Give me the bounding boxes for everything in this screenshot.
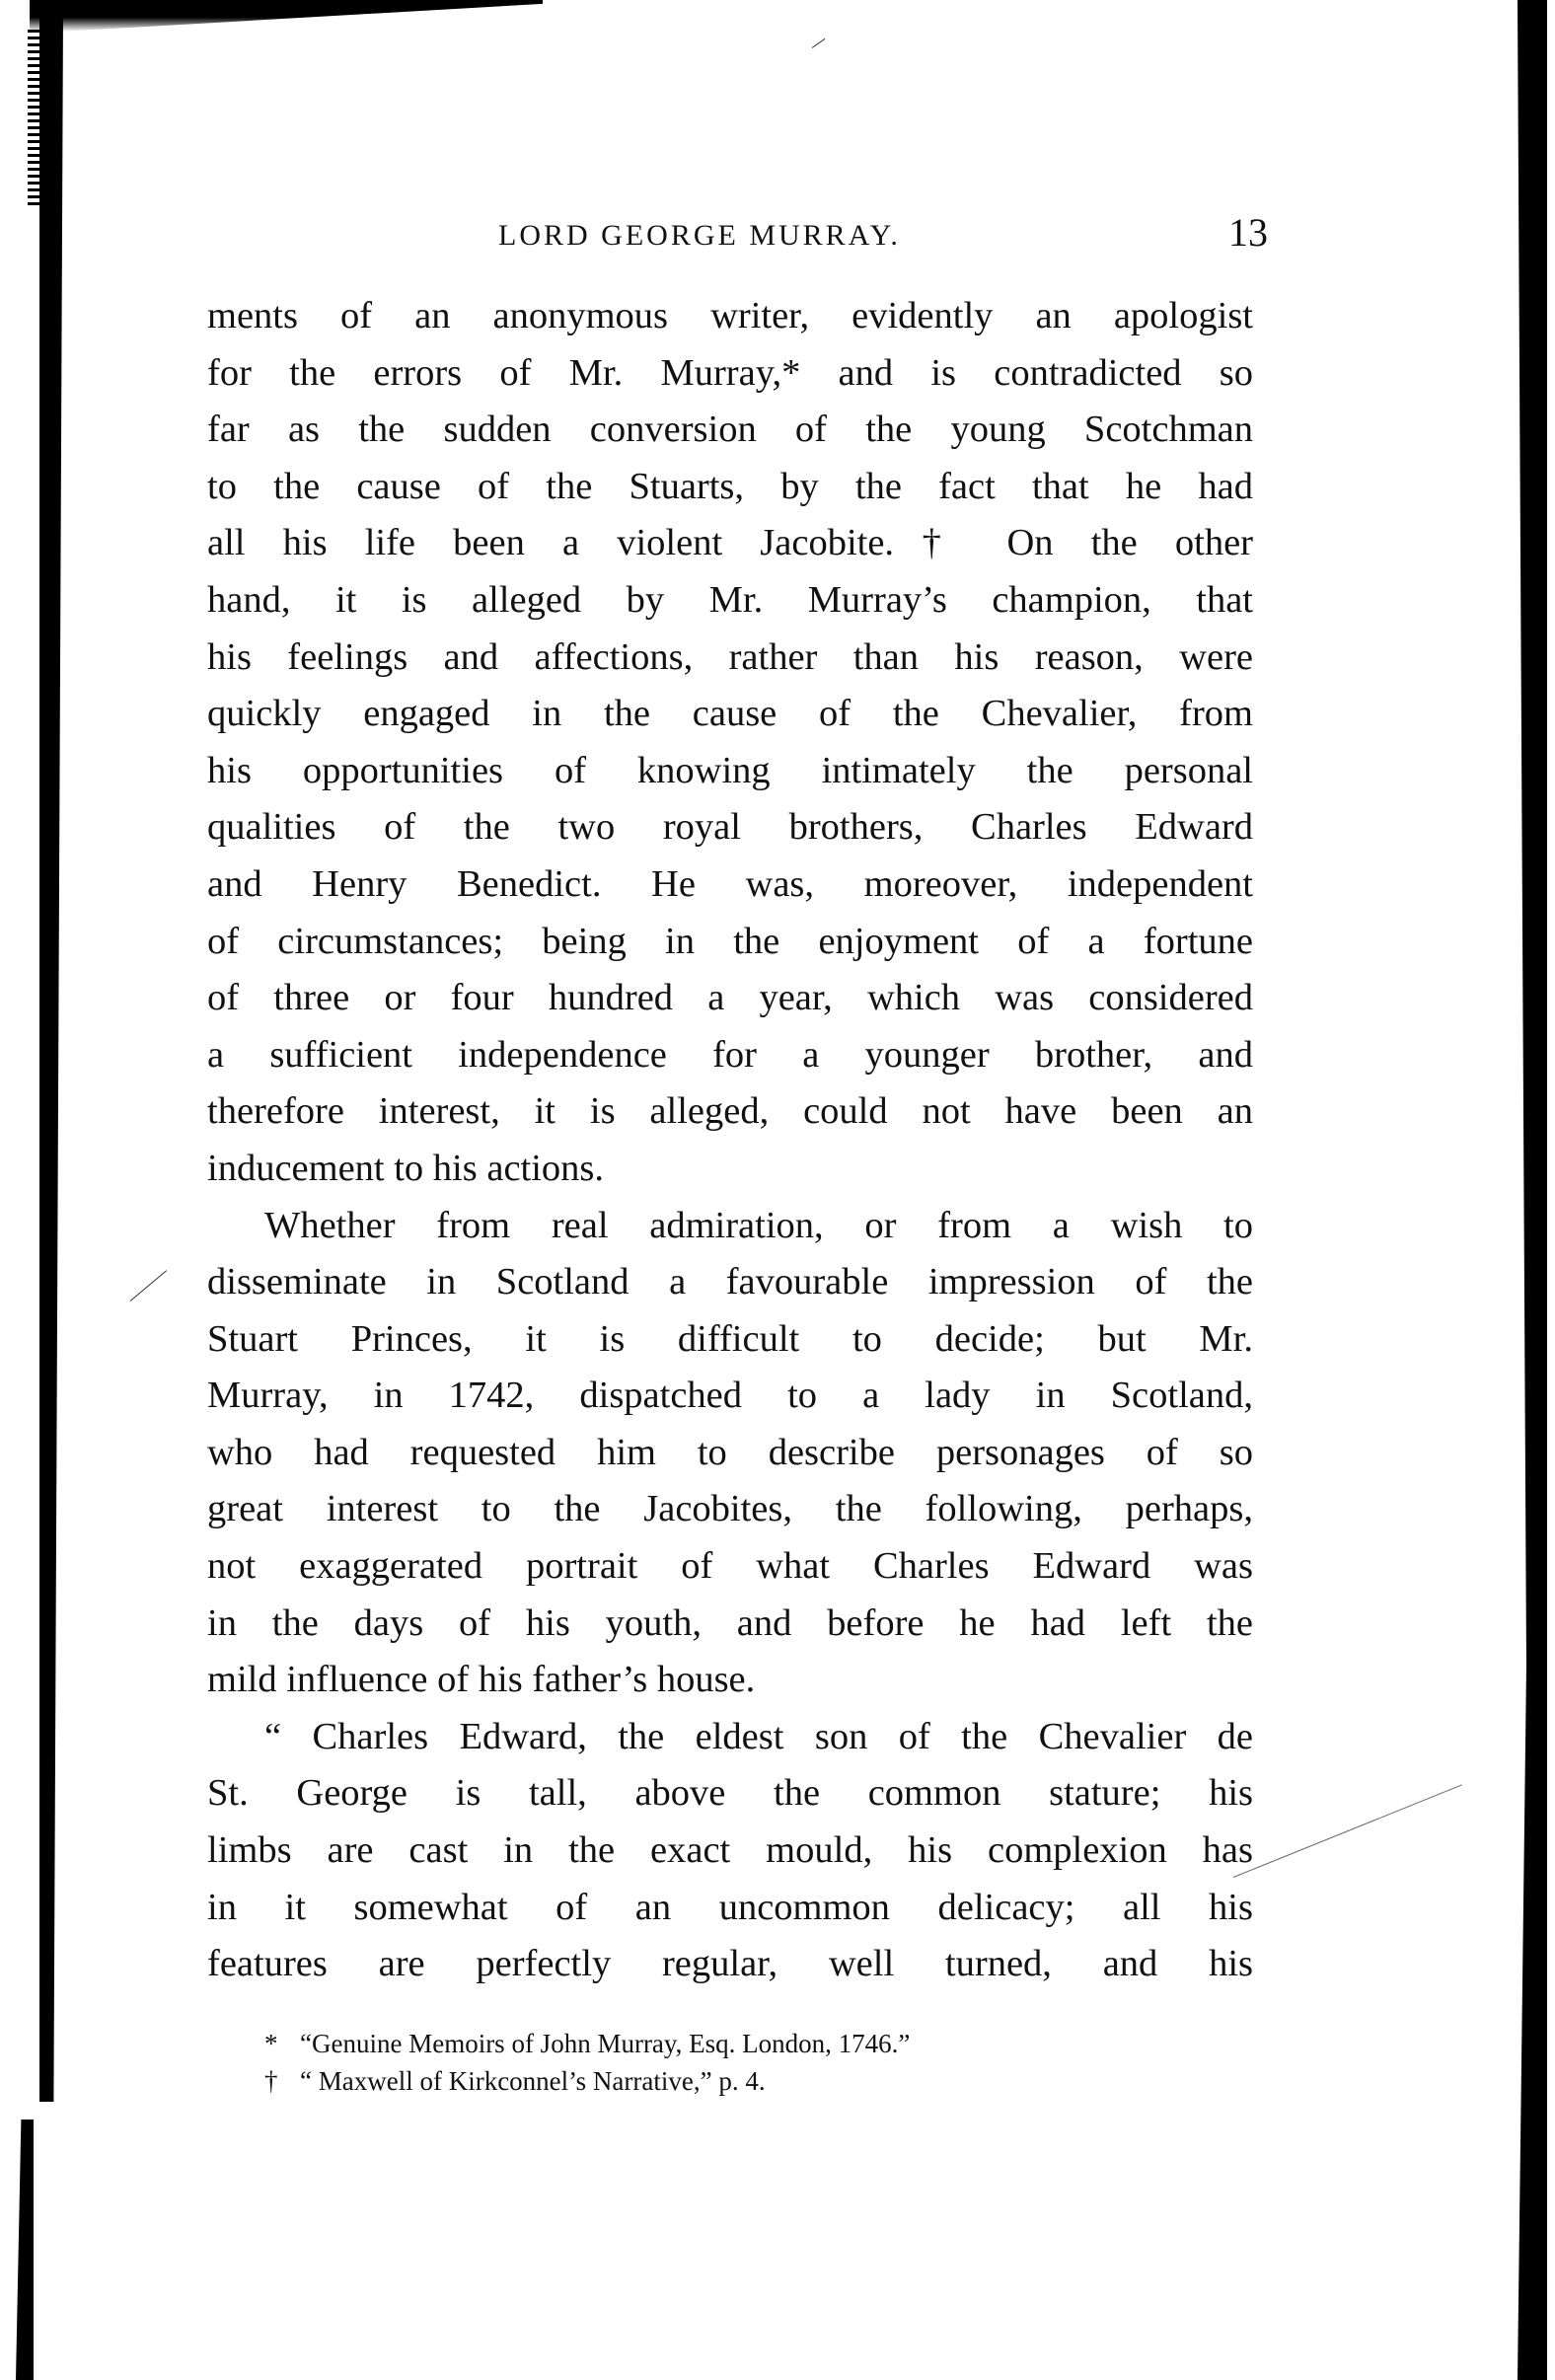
text-line: limbs are cast in the exact mould, his c… [207,1822,1253,1880]
footnotes: *“Genuine Memoirs of John Murray, Esq. L… [264,2025,1212,2100]
text-line: features are perfectly regular, well tur… [207,1936,1253,1993]
text-line: qualities of the two royal brothers, Cha… [207,799,1253,856]
footnote: *“Genuine Memoirs of John Murray, Esq. L… [264,2025,1212,2062]
text-line: therefore interest, it is alleged, could… [207,1083,1253,1141]
pencil-mark-right [1233,1784,1462,1878]
footnote-mark-dagger: † [264,2062,300,2100]
scan-edge-left-bottom [16,2120,34,2380]
running-head-title: LORD GEORGE MURRAY. [498,219,901,253]
text-line: far as the sudden conversion of the youn… [207,402,1253,459]
paragraph: “ Charles Edward, the eldest son of the … [207,1709,1253,1993]
text-line: all his life been a violent Jacobite.† O… [207,515,1253,572]
text-line: St. George is tall, above the common sta… [207,1765,1253,1822]
text-line: inducement to his actions. [207,1141,1253,1198]
footnote-text: “Genuine Memoirs of John Murray, Esq. Lo… [300,2029,910,2058]
pencil-mark-left [130,1270,167,1302]
footnote: †“ Maxwell of Kirkconnel’s Narrative,” p… [264,2062,1212,2100]
text-line: to the cause of the Stuarts, by the fact… [207,459,1253,516]
text-line: his opportunities of knowing intimately … [207,743,1253,800]
text-line: in the days of his youth, and before he … [207,1596,1253,1653]
text-line: of three or four hundred a year, which w… [207,970,1253,1027]
scan-edge-right [1518,0,1547,2380]
text-line: who had requested him to describe person… [207,1425,1253,1482]
text-line: and Henry Benedict. He was, moreover, in… [207,856,1253,914]
text-line: hand, it is alleged by Mr. Murray’s cham… [207,572,1253,630]
text-line: a sufficient independence for a younger … [207,1027,1253,1084]
scan-edge-left [39,10,63,2102]
body-text: ments of an anonymous writer, evidently … [207,288,1253,1993]
text-line: disseminate in Scotland a favourable imp… [207,1254,1253,1311]
footnote-mark-asterisk: * [264,2025,300,2062]
text-line: quickly engaged in the cause of the Chev… [207,686,1253,743]
text-line: Murray, in 1742, dispatched to a lady in… [207,1368,1253,1425]
text-line: mild influence of his father’s house. [207,1652,1253,1709]
text-line: “ Charles Edward, the eldest son of the … [207,1709,1253,1766]
text-line: ments of an anonymous writer, evidently … [207,288,1253,345]
text-line: Whether from real admiration, or from a … [207,1198,1253,1255]
paragraph: Whether from real admiration, or from a … [207,1198,1253,1709]
scan-edge-top [30,0,543,32]
text-line: not exaggerated portrait of what Charles… [207,1538,1253,1596]
text-line: great interest to the Jacobites, the fol… [207,1481,1253,1538]
text-line: for the errors of Mr. Murray,* and is co… [207,345,1253,403]
pencil-mark-top [812,38,826,48]
footnote-text: “ Maxwell of Kirkconnel’s Narrative,” p.… [300,2066,766,2096]
text-line: Stuart Princes, it is difficult to decid… [207,1311,1253,1369]
running-head: LORD GEORGE MURRAY. 13 [498,215,1268,255]
page-number: 13 [1228,209,1268,256]
paragraph: ments of an anonymous writer, evidently … [207,288,1253,1198]
text-line: his feelings and affections, rather than… [207,630,1253,687]
text-line: of circumstances; being in the enjoyment… [207,914,1253,971]
text-line: in it somewhat of an uncommon delicacy; … [207,1880,1253,1937]
